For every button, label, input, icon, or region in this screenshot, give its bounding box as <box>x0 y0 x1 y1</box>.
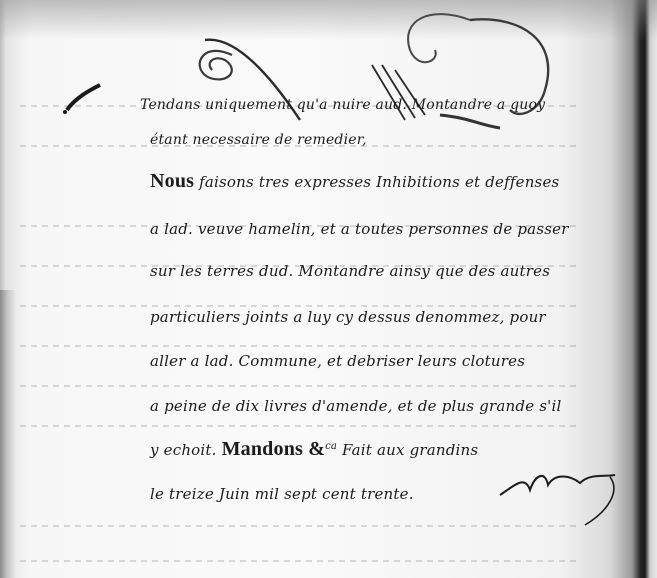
bleed-through-line <box>20 345 580 347</box>
manuscript-line-6: particuliers joints a luy cy dessus deno… <box>150 308 546 326</box>
manuscript-line-4: a lad. veuve hamelin, et a toutes person… <box>150 220 569 238</box>
margin-mark-icon <box>55 80 115 120</box>
manuscript-page: Tendans uniquement qu'a nuire aud. Monta… <box>0 0 657 578</box>
manuscript-line-3: Nous faisons tres expresses Inhibitions … <box>150 170 559 193</box>
bleed-through-line <box>20 305 580 307</box>
paper-left-edge <box>0 290 16 578</box>
manuscript-line-2: étant necessaire de remedier, <box>150 132 367 148</box>
manuscript-line-7: aller a lad. Commune, et debriser leurs … <box>150 352 525 370</box>
manuscript-line-1: Tendans uniquement qu'a nuire aud. Monta… <box>140 97 545 113</box>
etc-superscript: ca <box>325 441 337 452</box>
mandons-heading: Mandons & <box>222 438 326 460</box>
nous-heading: Nous <box>150 170 194 192</box>
manuscript-line-5: sur les terres dud. Montandre ainsy que … <box>150 262 550 280</box>
bleed-through-line <box>20 425 580 427</box>
line-9-text: Fait aux grandins <box>342 441 478 459</box>
line-3-text: faisons tres expresses Inhibitions et de… <box>199 173 559 191</box>
manuscript-line-9: y echoit. Mandons &ca Fait aux grandins <box>150 438 478 461</box>
line-9-pre: y echoit. <box>150 441 217 459</box>
signature: Regnault <box>515 462 576 477</box>
bleed-through-line <box>20 385 580 387</box>
scan-shadow-top <box>0 0 657 40</box>
manuscript-line-8: a peine de dix livres d'amende, et de pl… <box>150 397 561 415</box>
manuscript-line-10: le treize Juin mil sept cent trente. <box>150 485 414 503</box>
bleed-through-line <box>20 560 580 562</box>
